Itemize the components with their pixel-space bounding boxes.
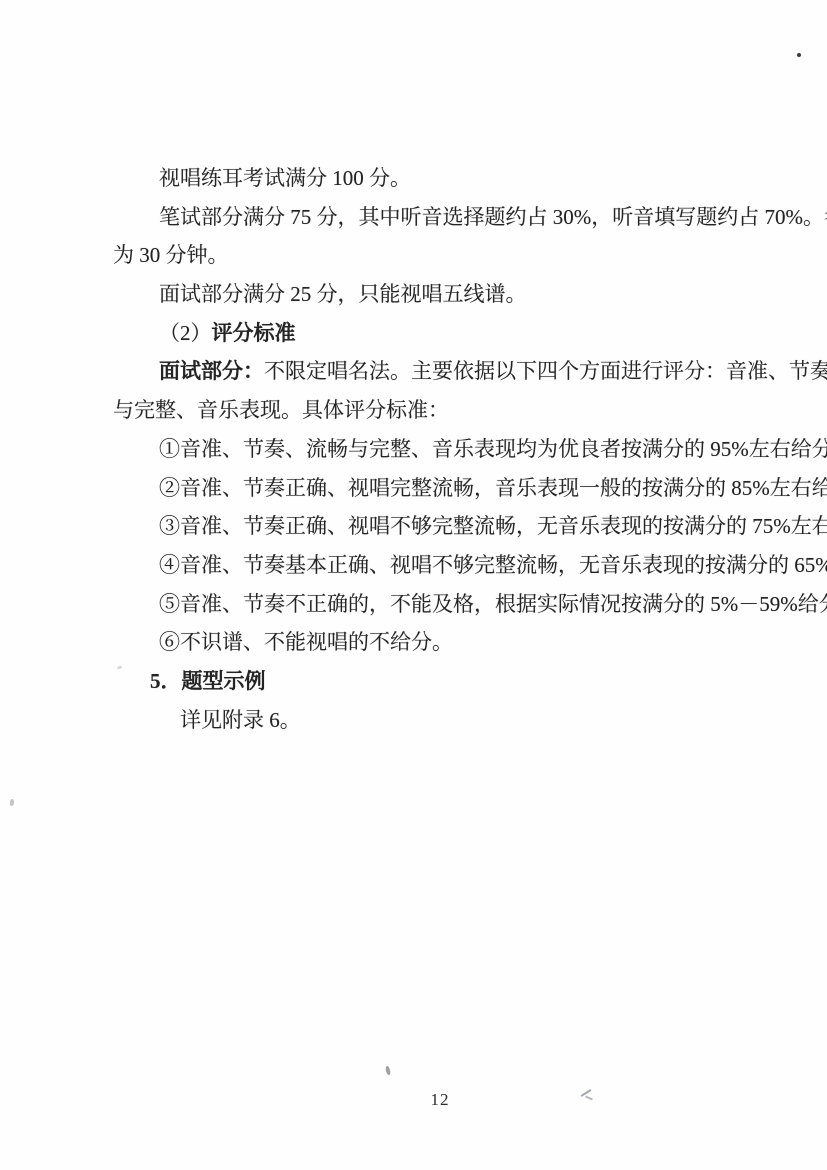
page-number: 12 xyxy=(424,1090,456,1110)
text-run: ①音准、节奏、流畅与完整、音乐表现均为优良者按满分的 95%左右给分。 xyxy=(159,437,827,461)
text-line: ⑥不识谱、不能视唱的不给分。 xyxy=(113,623,763,662)
text-line: 5．题型示例 xyxy=(113,662,763,701)
document-body-text: 视唱练耳考试满分 100 分。笔试部分满分 75 分，其中听音选择题约占 30%… xyxy=(113,159,763,739)
text-line: ①音准、节奏、流畅与完整、音乐表现均为优良者按满分的 95%左右给分。 xyxy=(113,430,763,469)
text-run-bold: 面试部分： xyxy=(159,359,264,383)
scanned-document-page: 视唱练耳考试满分 100 分。笔试部分满分 75 分，其中听音选择题约占 30%… xyxy=(0,0,827,1170)
text-run: 面试部分满分 25 分，只能视唱五线谱。 xyxy=(159,282,527,306)
text-line: ④音准、节奏基本正确、视唱不够完整流畅，无音乐表现的按满分的 65%左右给分。 xyxy=(113,546,763,585)
text-line: 笔试部分满分 75 分，其中听音选择题约占 30%，听音填写题约占 70%。考试… xyxy=(113,198,763,237)
text-run-bold: 评分标准 xyxy=(212,321,296,345)
text-line: 为 30 分钟。 xyxy=(113,236,763,275)
text-line: ②音准、节奏正确、视唱完整流畅，音乐表现一般的按满分的 85%左右给分。 xyxy=(113,469,763,508)
text-run: ②音准、节奏正确、视唱完整流畅，音乐表现一般的按满分的 85%左右给分。 xyxy=(159,476,827,500)
text-run: 详见附录 6。 xyxy=(180,708,301,732)
text-run: ④音准、节奏基本正确、视唱不够完整流畅，无音乐表现的按满分的 65%左右给分。 xyxy=(159,553,827,577)
scan-artifact-dot xyxy=(797,53,801,57)
scan-artifact-speck xyxy=(9,799,14,807)
scan-artifact-speck xyxy=(585,1095,593,1100)
scan-artifact-speck xyxy=(385,1066,391,1076)
text-line: 视唱练耳考试满分 100 分。 xyxy=(113,159,763,198)
text-run-bold: 5．题型示例 xyxy=(150,669,266,693)
text-run: ⑤音准、节奏不正确的，不能及格，根据实际情况按满分的 5%－59%给分。 xyxy=(159,592,827,616)
text-run: 不限定唱名法。主要依据以下四个方面进行评分：音准、节奏、流畅 xyxy=(264,359,827,383)
text-run: ⑥不识谱、不能视唱的不给分。 xyxy=(159,630,453,654)
text-run: ③音准、节奏正确、视唱不够完整流畅，无音乐表现的按满分的 75%左右给分。 xyxy=(159,514,827,538)
text-line: 与完整、音乐表现。具体评分标准： xyxy=(113,391,763,430)
text-run: （2） xyxy=(159,321,212,345)
text-line: 面试部分：不限定唱名法。主要依据以下四个方面进行评分：音准、节奏、流畅 xyxy=(113,352,763,391)
text-line: （2）评分标准 xyxy=(113,314,763,353)
text-line: 面试部分满分 25 分，只能视唱五线谱。 xyxy=(113,275,763,314)
text-line: 详见附录 6。 xyxy=(113,701,763,740)
text-run: 为 30 分钟。 xyxy=(113,243,229,267)
text-line: ⑤音准、节奏不正确的，不能及格，根据实际情况按满分的 5%－59%给分。 xyxy=(113,585,763,624)
text-run: 视唱练耳考试满分 100 分。 xyxy=(159,166,411,190)
text-run: 与完整、音乐表现。具体评分标准： xyxy=(113,398,449,422)
text-line: ③音准、节奏正确、视唱不够完整流畅，无音乐表现的按满分的 75%左右给分。 xyxy=(113,507,763,546)
text-run: 笔试部分满分 75 分，其中听音选择题约占 30%，听音填写题约占 70%。考试… xyxy=(159,205,827,229)
